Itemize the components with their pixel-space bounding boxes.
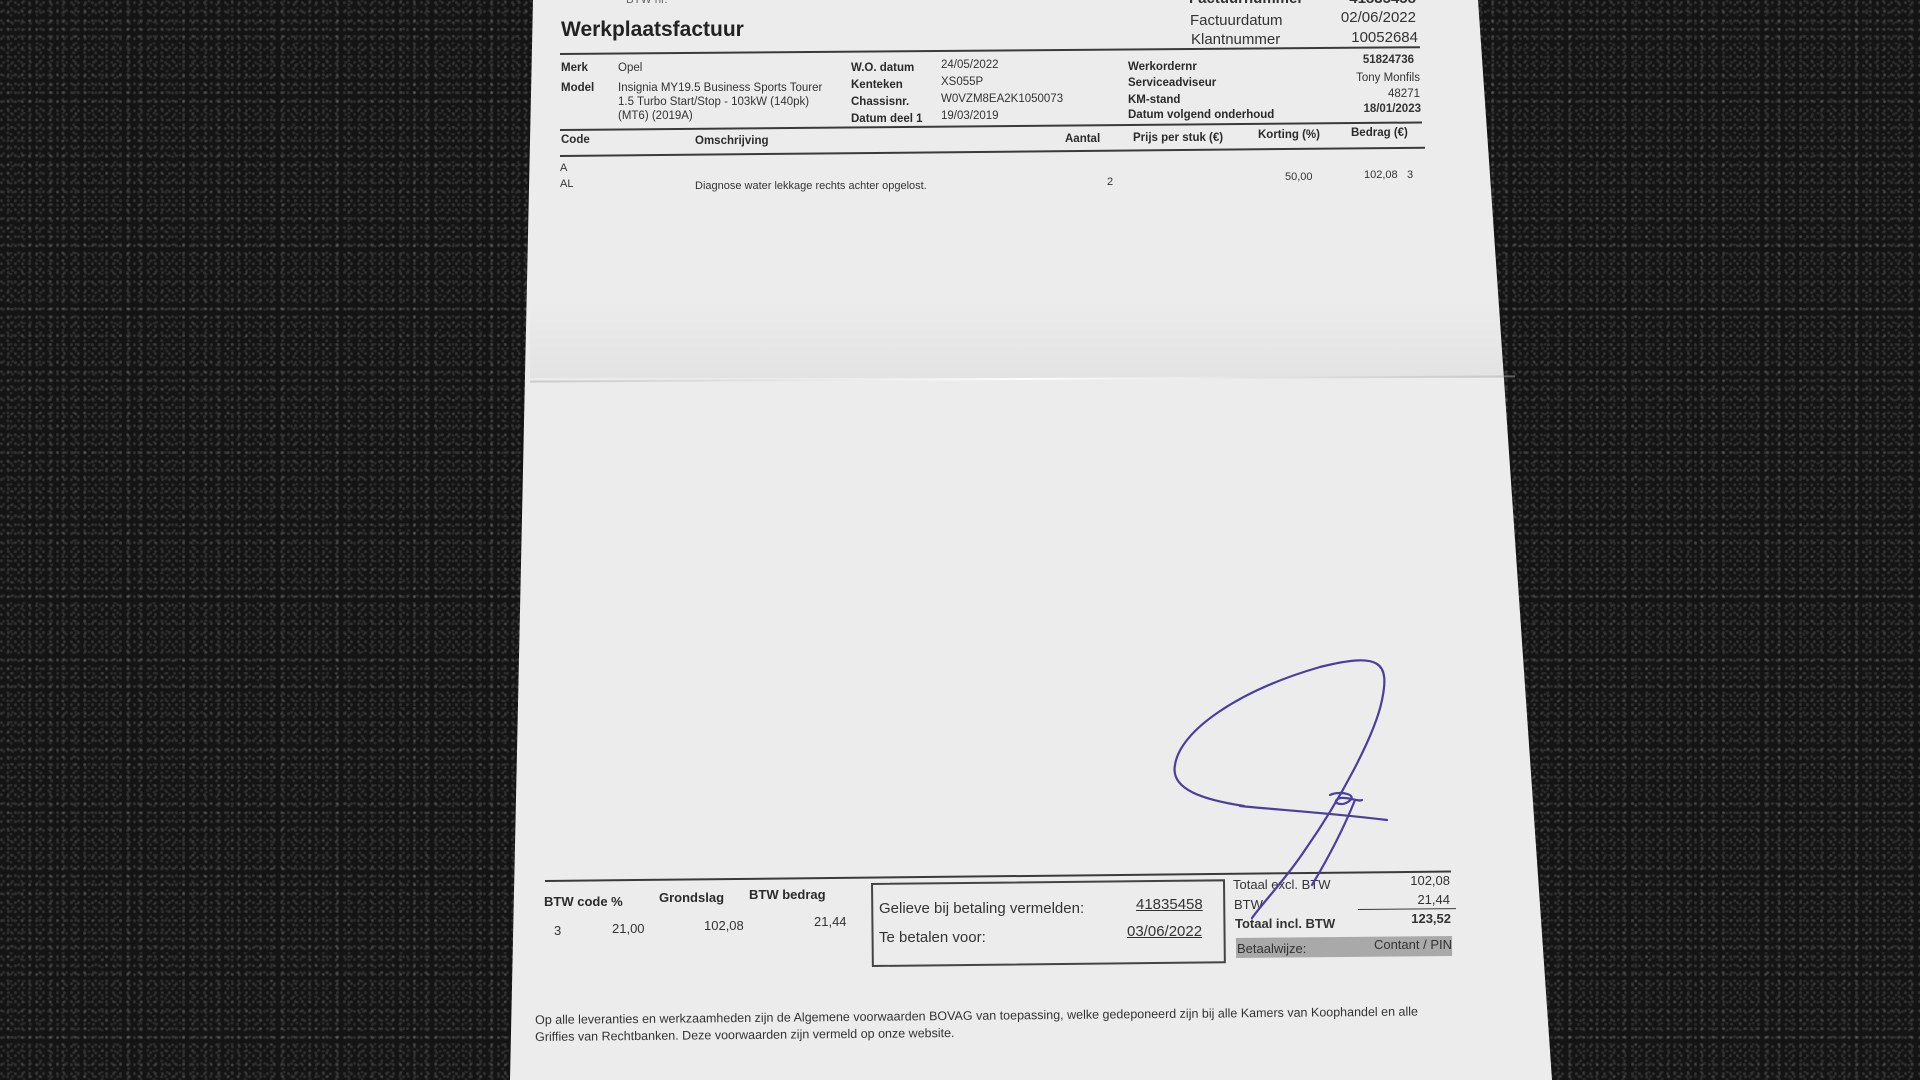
datum-deel1-label: Datum deel 1 [851, 113, 923, 125]
row-omschrijving: Diagnose water lekkage rechts achter opg… [695, 180, 927, 192]
wo-datum-label: W.O. datum [851, 62, 914, 74]
col-prijs-per-stuk: Prijs per stuk (€) [1133, 132, 1223, 144]
row-btw-code: 3 [1407, 169, 1413, 181]
row-aantal: 2 [1107, 176, 1113, 188]
btw-col-code: BTW code % [544, 894, 623, 909]
merk-value: Opel [618, 62, 642, 74]
payment-reference-label: Gelieve bij betaling vermelden: [879, 900, 1084, 917]
btw-nr-label: BTW nr. [626, 0, 668, 6]
serviceadviseur-label: Serviceadviseur [1128, 77, 1216, 89]
wo-datum-value: 24/05/2022 [941, 59, 999, 71]
kenteken-value: XS055P [941, 76, 983, 88]
chassisnr-label: Chassisnr. [851, 96, 909, 108]
factuurdatum-label: Factuurdatum [1190, 12, 1283, 29]
totaal-incl-label: Totaal incl. BTW [1235, 916, 1335, 931]
totaal-incl-value: 123,52 [1380, 911, 1451, 926]
payment-due-value: 03/06/2022 [1127, 923, 1202, 940]
model-line-1: Insignia MY19.5 Business Sports Tourer [618, 82, 822, 94]
row-korting: 50,00 [1285, 171, 1313, 183]
btw-grondslag: 102,08 [704, 918, 744, 933]
btw-col-bedrag: BTW bedrag [749, 887, 826, 902]
row-code: A [560, 162, 567, 174]
factuurnummer-value: 41835458 [1330, 0, 1416, 7]
klantnummer-value: 10052684 [1330, 29, 1418, 46]
col-code: Code [561, 134, 590, 146]
btw-value: 21,44 [1380, 892, 1450, 907]
payment-reference-value: 41835458 [1136, 896, 1203, 913]
serviceadviseur-value: Tony Monfils [1300, 72, 1420, 84]
betaalwijze-value: Contant / PIN [1355, 937, 1452, 952]
btw-code: 3 [554, 923, 561, 938]
betaalwijze-label: Betaalwijze: [1237, 941, 1306, 956]
btw-label: BTW [1234, 897, 1263, 912]
btw-bedrag: 21,44 [814, 914, 847, 929]
page-title: Werkplaatsfactuur [561, 18, 744, 42]
klantnummer-label: Klantnummer [1191, 31, 1280, 48]
volgend-onderhoud-label: Datum volgend onderhoud [1128, 109, 1274, 121]
btw-col-grondslag: Grondslag [659, 890, 724, 905]
km-stand-value: 48271 [1300, 88, 1420, 100]
payment-due-label: Te betalen voor: [879, 929, 986, 946]
kenteken-label: Kenteken [851, 79, 903, 91]
chassisnr-value: W0VZM8EA2K1050073 [941, 93, 1063, 105]
col-bedrag: Bedrag (€) [1351, 127, 1408, 139]
merk-label: Merk [561, 62, 588, 74]
totaal-excl-value: 102,08 [1380, 873, 1450, 888]
paper-fold-shadow [530, 300, 1515, 378]
model-line-2: 1.5 Turbo Start/Stop - 103kW (140pk) [618, 96, 809, 108]
factuurdatum-value: 02/06/2022 [1330, 9, 1416, 26]
datum-deel1-value: 19/03/2019 [941, 110, 999, 122]
col-omschrijving: Omschrijving [695, 135, 769, 147]
km-stand-label: KM-stand [1128, 94, 1180, 106]
col-korting: Korting (%) [1258, 129, 1320, 141]
factuurnummer-label: Factuurnummer [1189, 0, 1303, 7]
btw-percentage: 21,00 [612, 921, 645, 936]
row-bedrag: 102,08 [1364, 169, 1398, 181]
model-line-3: (MT6) (2019A) [618, 110, 693, 122]
werkordernr-label: Werkordernr [1128, 61, 1197, 73]
werkordernr-value: 51824736 [1300, 54, 1414, 66]
volgend-onderhoud-value: 18/01/2023 [1300, 103, 1421, 115]
model-label: Model [561, 82, 594, 94]
totaal-excl-label: Totaal excl. BTW [1233, 877, 1331, 892]
row-code: AL [560, 178, 573, 190]
col-aantal: Aantal [1065, 133, 1100, 145]
